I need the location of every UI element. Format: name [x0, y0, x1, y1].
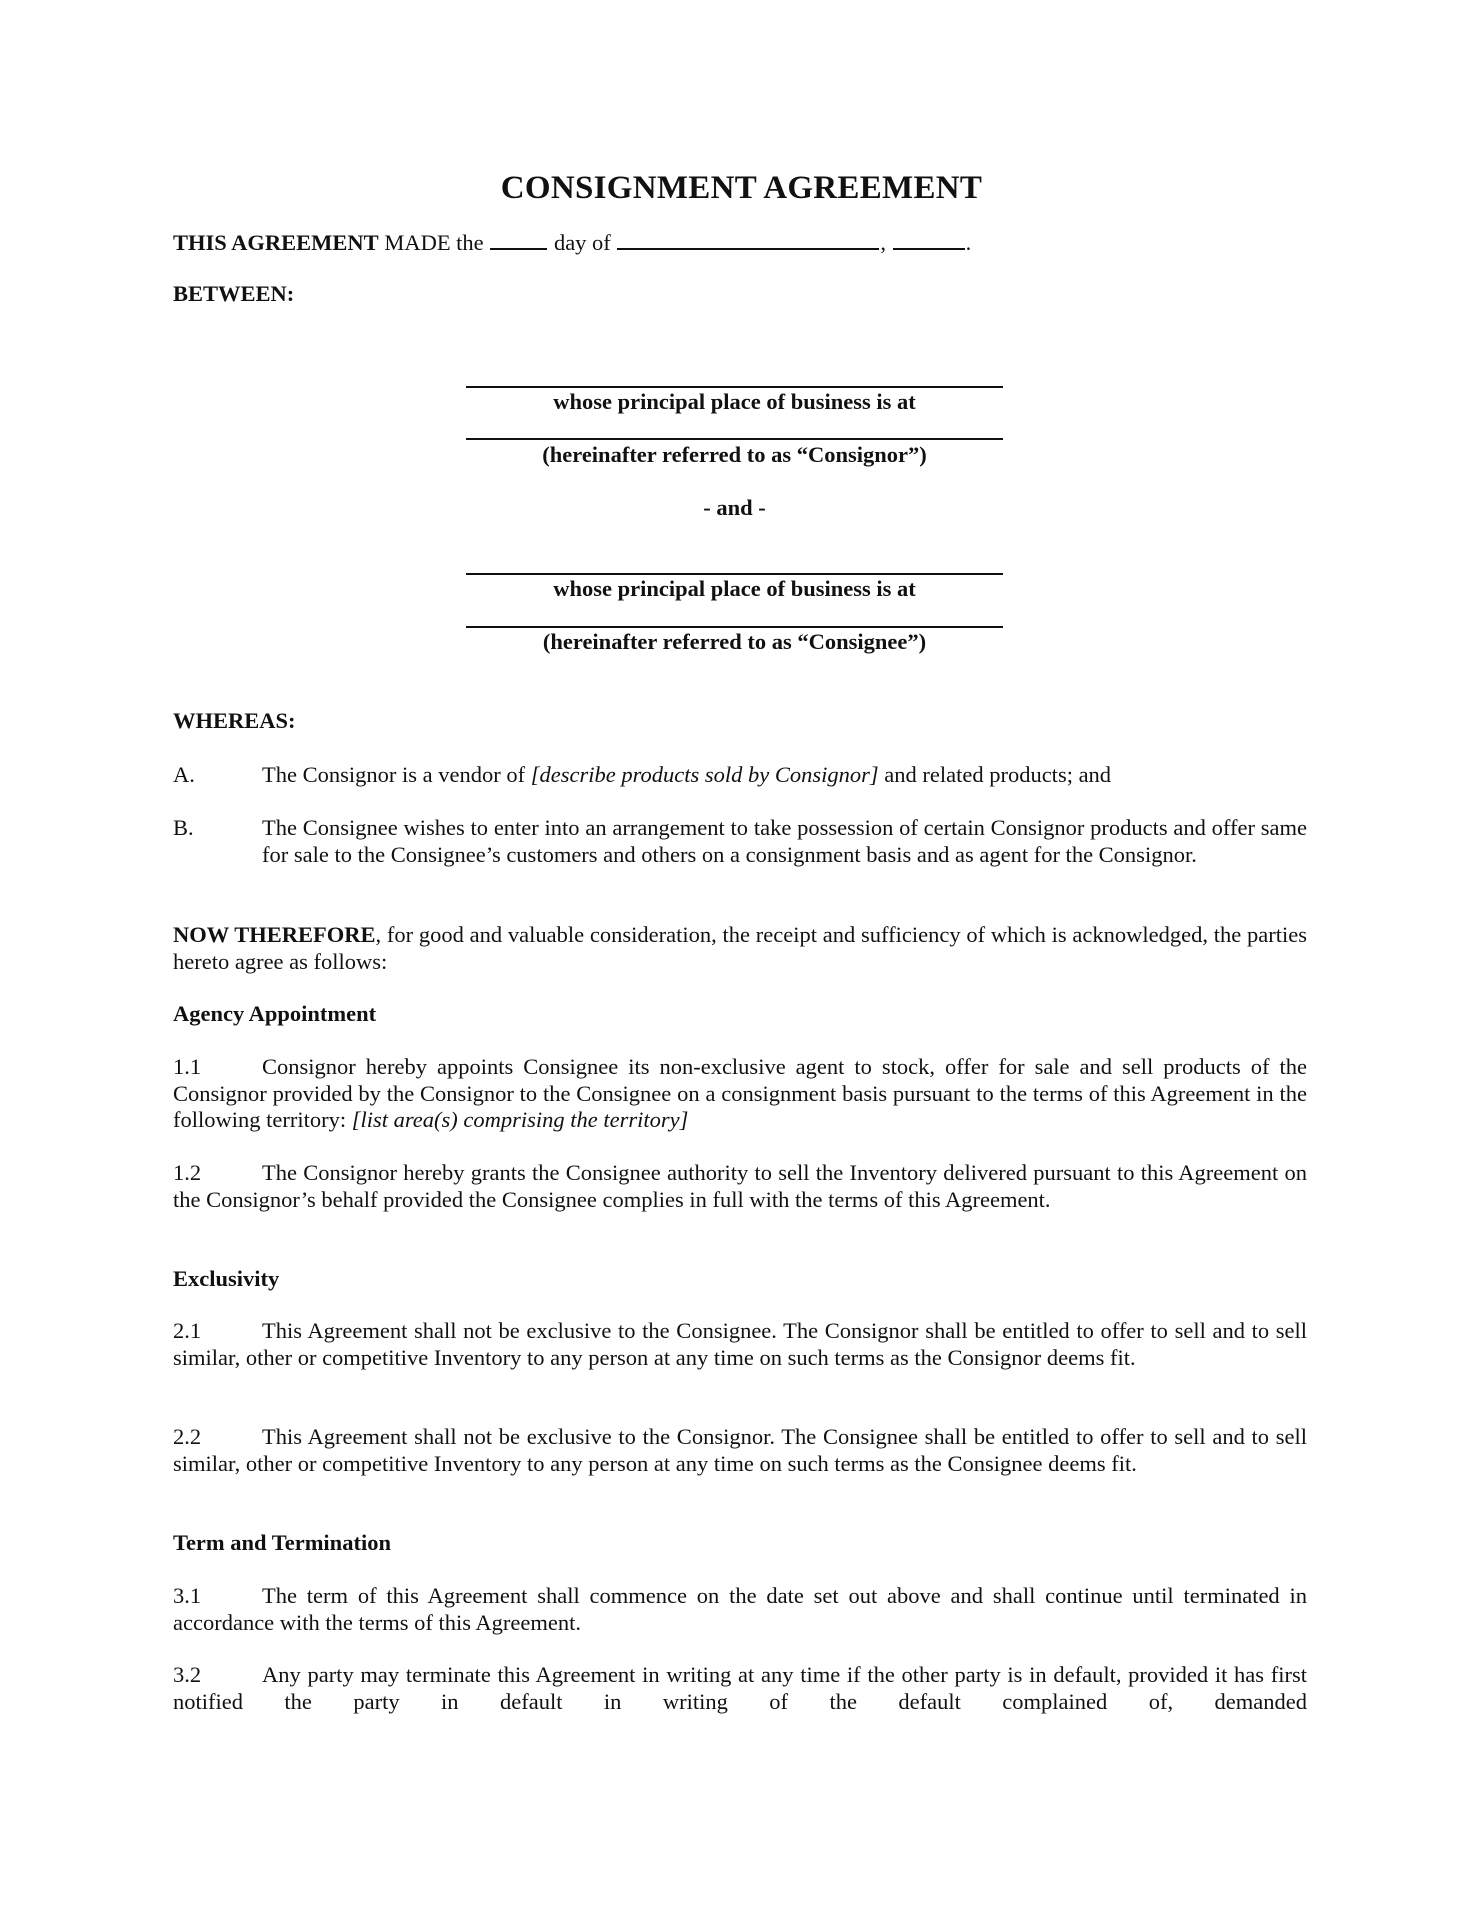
party1-referred-as: (hereinafter referred to as “Consignor”)	[466, 442, 1003, 469]
date-comma: ,	[880, 230, 886, 255]
this-agreement-lead: THIS AGREEMENT	[173, 230, 379, 255]
clause-number: 2.2	[173, 1424, 262, 1451]
party1-address-line[interactable]	[466, 438, 1003, 440]
section-heading-term-and-termination: Term and Termination	[173, 1530, 391, 1557]
document-title: CONSIGNMENT AGREEMENT	[0, 170, 1483, 207]
clause-number: 3.1	[173, 1583, 262, 1610]
agreement-date-line: THIS AGREEMENT MADE the day of , .	[173, 228, 971, 257]
document-page: CONSIGNMENT AGREEMENT THIS AGREEMENT MAD…	[0, 0, 1483, 1920]
party1-name-line[interactable]	[466, 386, 1003, 388]
clause-number: 1.2	[173, 1160, 262, 1187]
and-separator: - and -	[466, 495, 1003, 522]
between-label: BETWEEN:	[173, 281, 294, 308]
clause-number: 3.2	[173, 1662, 262, 1689]
product-placeholder: [describe products sold by Consignor]	[531, 762, 879, 787]
year-blank[interactable]	[893, 228, 965, 250]
clause-3-1: 3.1The term of this Agreement shall comm…	[173, 1583, 1307, 1636]
month-blank[interactable]	[617, 228, 879, 250]
day-of-text: day of	[554, 230, 611, 255]
recital-text-before: The Consignor is a vendor of	[262, 762, 531, 787]
recital-a: A. The Consignor is a vendor of [describ…	[173, 762, 1307, 789]
recital-text: The Consignee wishes to enter into an ar…	[262, 815, 1307, 868]
whereas-label: WHEREAS:	[173, 708, 296, 735]
clause-text: Consignor hereby appoints Consignee its …	[173, 1054, 1307, 1132]
party2-address-line[interactable]	[466, 626, 1003, 628]
clause-2-1: 2.1This Agreement shall not be exclusive…	[173, 1318, 1307, 1371]
section-heading-exclusivity: Exclusivity	[173, 1266, 279, 1293]
clause-3-2: 3.2Any party may terminate this Agreemen…	[173, 1662, 1307, 1715]
made-the-text: MADE the	[384, 230, 483, 255]
clause-number: 2.1	[173, 1318, 262, 1345]
party2-referred-as: (hereinafter referred to as “Consignee”)	[466, 629, 1003, 656]
clause-text: This Agreement shall not be exclusive to…	[173, 1318, 1307, 1370]
recital-label: B.	[173, 815, 194, 842]
clause-text: This Agreement shall not be exclusive to…	[173, 1424, 1307, 1476]
section-heading-agency-appointment: Agency Appointment	[173, 1001, 376, 1028]
date-period: .	[966, 230, 972, 255]
clause-number: 1.1	[173, 1054, 262, 1081]
clause-1-1: 1.1Consignor hereby appoints Consignee i…	[173, 1054, 1307, 1134]
recital-text: The Consignor is a vendor of [describe p…	[262, 762, 1307, 789]
recital-text-after: and related products; and	[879, 762, 1111, 787]
territory-placeholder: [list area(s) comprising the territory]	[352, 1107, 689, 1132]
clause-text: The Consignor hereby grants the Consigne…	[173, 1160, 1307, 1212]
recital-b: B. The Consignee wishes to enter into an…	[173, 815, 1307, 868]
day-blank[interactable]	[490, 228, 547, 250]
party2-address-label: whose principal place of business is at	[466, 576, 1003, 603]
now-therefore-lead: NOW THEREFORE	[173, 922, 375, 947]
clause-2-2: 2.2This Agreement shall not be exclusive…	[173, 1424, 1307, 1477]
party2-name-line[interactable]	[466, 573, 1003, 575]
now-therefore-paragraph: NOW THEREFORE, for good and valuable con…	[173, 922, 1307, 975]
clause-text: The term of this Agreement shall commenc…	[173, 1583, 1307, 1635]
party1-address-label: whose principal place of business is at	[466, 389, 1003, 416]
recital-label: A.	[173, 762, 195, 789]
clause-1-2: 1.2The Consignor hereby grants the Consi…	[173, 1160, 1307, 1213]
clause-text: Any party may terminate this Agreement i…	[173, 1662, 1307, 1714]
